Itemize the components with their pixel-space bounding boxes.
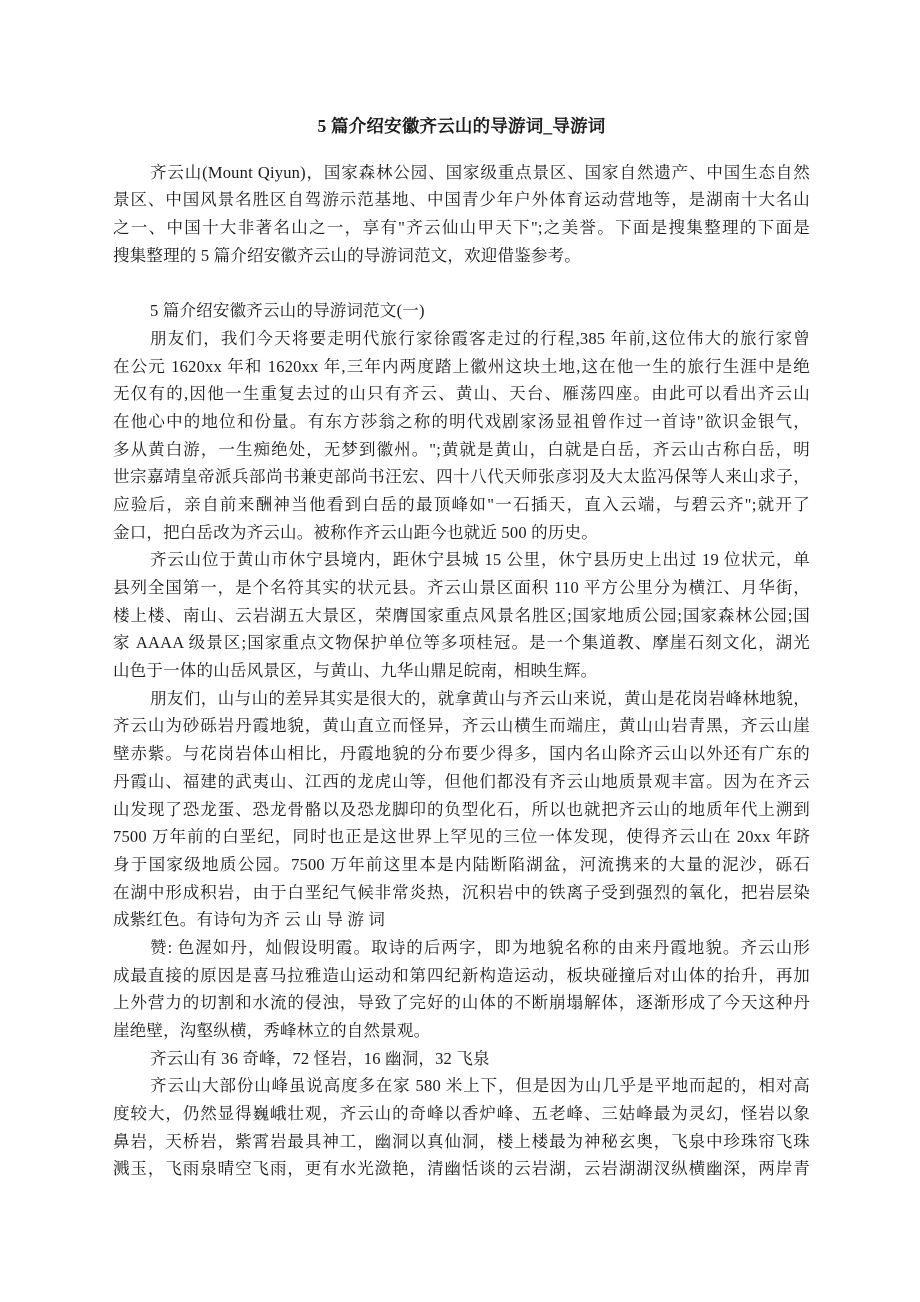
text-line: 朋友们，我们今天将要走明代旅行家徐霞客走过的行程,385 年前,这位伟大的旅行家… [113, 325, 810, 353]
text-line: 齐云山位于黄山市休宁县境内，距休宁县城 15 公里，休宁县历史上出过 19 位状… [113, 546, 810, 574]
text-line: 溅玉，飞雨泉晴空飞雨，更有水光潋艳，清幽恬谈的云岩湖，云岩湖湖汊纵横幽深，两岸青 [113, 1155, 810, 1183]
text-line: 多从黄白游，一生痴绝处，无梦到徽州。";黄就是黄山，白就是白岳，齐云山古称白岳，… [113, 436, 810, 464]
text-line: 无仅有的,因他一生重复去过的山只有齐云、黄山、天台、雁荡四座。由此可以看出齐云山 [113, 380, 810, 408]
page-title-text: 5 篇介绍安徽齐云山的导游词_导游词 [113, 113, 810, 141]
document-page: 5 篇介绍安徽齐云山的导游词_导游词齐云山(Mount Qiyun)，国家森林公… [0, 0, 920, 1302]
section-heading: 5 篇介绍安徽齐云山的导游词范文(一) [113, 297, 810, 325]
text-line: 齐云山为砂砾岩丹霞地貌，黄山直立而怪异，齐云山横生而端庄，黄山山岩青黑，齐云山崖 [113, 712, 810, 740]
text-line: 楼上楼、南山、云岩湖五大景区，荣膺国家重点风景名胜区;国家地质公园;国家森林公园… [113, 602, 810, 630]
text-line [113, 269, 810, 297]
text-line: 度较大，仍然显得巍峨壮观，齐云山的奇峰以香炉峰、五老峰、三姑峰最为灵幻，怪岩以象 [113, 1100, 810, 1128]
text-line: 崖绝壁，沟壑纵横，秀峰林立的自然景观。 [113, 1017, 810, 1045]
document-content: 5 篇介绍安徽齐云山的导游词_导游词齐云山(Mount Qiyun)，国家森林公… [113, 113, 810, 1183]
text-line: 搜集整理的 5 篇介绍安徽齐云山的导游词范文，欢迎借鉴参考。 [113, 242, 810, 270]
paragraph: 朋友们，我们今天将要走明代旅行家徐霞客走过的行程,385 年前,这位伟大的旅行家… [113, 325, 810, 547]
text-line: 5 篇介绍安徽齐云山的导游词范文(一) [113, 297, 810, 325]
paragraph: 朋友们，山与山的差异其实是很大的，就拿黄山与齐云山来说，黄山是花岗岩峰林地貌，齐… [113, 685, 810, 934]
text-line: 成最直接的原因是喜马拉雅造山运动和第四纪新构造运动，板块碰撞后对山体的抬升，再加 [113, 962, 810, 990]
text-line: 鼻岩，天桥岩，紫霄岩最具神工，幽洞以真仙洞，楼上楼最为神秘玄奥，飞泉中珍珠帘飞珠 [113, 1128, 810, 1156]
text-line: 山色于一体的山岳风景区，与黄山、九华山鼎足皖南，相映生辉。 [113, 657, 810, 685]
text-line: 成紫红色。有诗句为齐 云 山 导 游 词 [113, 906, 810, 934]
text-line: 在他心中的地位和份量。有东方莎翁之称的明代戏剧家汤显祖曾作过一首诗"欲识金银气， [113, 408, 810, 436]
text-line: 景区、中国风景名胜区自驾游示范基地、中国青少年户外体育运动营地等，是湖南十大名山 [113, 186, 810, 214]
text-line: 在公元 1620xx 年和 1620xx 年,三年内两度踏上徽州这块土地,这在他… [113, 353, 810, 381]
text-line: 金口，把白岳改为齐云山。被称作齐云山距今也就近 500 的历史。 [113, 519, 810, 547]
paragraph: 赞: 色渥如丹，灿假设明霞。取诗的后两字，即为地貌名称的由来丹霞地貌。齐云山形成… [113, 934, 810, 1045]
text-line: 在湖中形成积岩，由于白垩纪气候非常炎热，沉积岩中的铁离子受到强烈的氧化，把岩层染 [113, 879, 810, 907]
text-line: 丹霞山、福建的武夷山、江西的龙虎山等，但他们都没有齐云山地质景观丰富。因为在齐云 [113, 768, 810, 796]
text-line: 身于国家级地质公园。7500 万年前这里本是内陆断陷湖盆，河流携来的大量的泥沙，… [113, 851, 810, 879]
text-line: 应验后，亲自前来酬神当他看到白岳的最顶峰如"一石插天，直入云端，与碧云齐";就开… [113, 491, 810, 519]
text-line: 县列全国第一，是个名符其实的状元县。齐云山景区面积 110 平方公里分为横江、月… [113, 574, 810, 602]
paragraph: 齐云山(Mount Qiyun)，国家森林公园、国家级重点景区、国家自然遗产、中… [113, 159, 810, 270]
text-line: 齐云山(Mount Qiyun)，国家森林公园、国家级重点景区、国家自然遗产、中… [113, 159, 810, 187]
text-line: 山发现了恐龙蛋、恐龙骨骼以及恐龙脚印的负型化石，所以也就把齐云山的地质年代上溯到 [113, 796, 810, 824]
text-line: 赞: 色渥如丹，灿假设明霞。取诗的后两字，即为地貌名称的由来丹霞地貌。齐云山形 [113, 934, 810, 962]
text-line: 壁赤紫。与花岗岩体山相比，丹霞地貌的分布要少得多，国内名山除齐云山以外还有广东的 [113, 740, 810, 768]
text-line: 齐云山大部份山峰虽说高度多在家 580 米上下，但是因为山几乎是平地而起的，相对… [113, 1072, 810, 1100]
text-line: 朋友们，山与山的差异其实是很大的，就拿黄山与齐云山来说，黄山是花岗岩峰林地貌， [113, 685, 810, 713]
text-line: 之一、中国十大非著名山之一，享有"齐云仙山甲天下";之美誉。下面是搜集整理的下面… [113, 214, 810, 242]
text-line: 世宗嘉靖皇帝派兵部尚书兼吏部尚书汪宏、四十八代天师张彦羽及大太监冯保等人来山求子… [113, 463, 810, 491]
document-title: 5 篇介绍安徽齐云山的导游词_导游词 [113, 113, 810, 141]
text-line: 家 AAAA 级景区;国家重点文物保护单位等多项桂冠。是一个集道教、摩崖石刻文化… [113, 629, 810, 657]
paragraph: 齐云山位于黄山市休宁县境内，距休宁县城 15 公里，休宁县历史上出过 19 位状… [113, 546, 810, 684]
section-heading: 齐云山有 36 奇峰，72 怪岩，16 幽洞，32 飞泉 [113, 1045, 810, 1073]
blank-line [113, 269, 810, 297]
text-line: 上外营力的切割和水流的侵浊，导致了完好的山体的不断崩塌解体，逐渐形成了今天这种丹 [113, 989, 810, 1017]
text-line: 7500 万年前的白垩纪，同时也正是这世界上罕见的三位一体发现，使得齐云山在 2… [113, 823, 810, 851]
paragraph: 齐云山大部份山峰虽说高度多在家 580 米上下，但是因为山几乎是平地而起的，相对… [113, 1072, 810, 1183]
text-line: 齐云山有 36 奇峰，72 怪岩，16 幽洞，32 飞泉 [113, 1045, 810, 1073]
